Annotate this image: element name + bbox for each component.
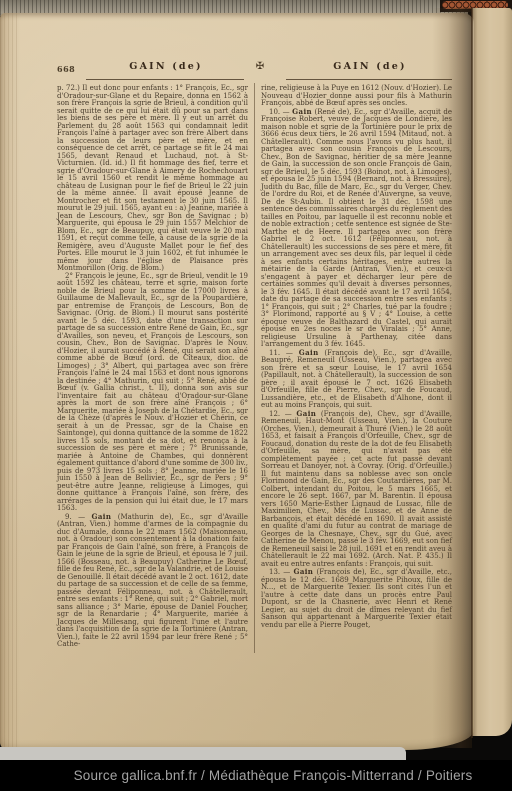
paragraph: rine, religieuse à la Puye en 1612 (Nouv…: [261, 85, 452, 108]
text-column-right: rine, religieuse à la Puye en 1612 (Nouv…: [261, 85, 452, 629]
paragraph: 11. — Gain (François de), Ec., sgr d'Ava…: [261, 349, 452, 410]
cross-ornament-icon: ✠: [253, 61, 267, 72]
paragraph: 10. — Gain (René de), Ec., sgr d'Availle…: [261, 108, 452, 349]
gutter-crease-line: [471, 8, 473, 738]
page-number: 668: [57, 64, 75, 74]
scanned-image-area[interactable]: 668 GAIN (de) ✠ GAIN (de) p. 72.) Il eut…: [0, 0, 512, 760]
gallica-screenshot: 668 GAIN (de) ✠ GAIN (de) p. 72.) Il eut…: [0, 0, 512, 791]
paragraph: 13. — Gain (François de), Ec., sgr d'Ava…: [261, 568, 452, 629]
facing-page-sliver: [472, 8, 512, 736]
scan-bed-strip: [0, 747, 406, 760]
running-title-left: GAIN (de): [88, 61, 244, 72]
paragraph: 2° François le jeune, Ec., sgr de Brieul…: [57, 273, 248, 513]
header-rule-right: [286, 79, 452, 80]
paragraph: p. 72.) Il eut donc pour enfants : 1° Fr…: [57, 85, 248, 273]
source-text: Source gallica.bnf.fr / Médiathèque Fran…: [74, 768, 473, 783]
running-title-right: GAIN (de): [288, 61, 452, 72]
column-divider: [254, 83, 255, 653]
text-column-left: p. 72.) Il eut donc pour enfants : 1° Fr…: [57, 85, 248, 649]
source-bar: Source gallica.bnf.fr / Médiathèque Fran…: [0, 760, 512, 791]
paragraph: 9. — Gain (Mathurin de), Ec., sgr d'Avai…: [57, 513, 248, 649]
header-rule-left: [86, 79, 244, 80]
paragraph: 12. — Gain (François de), Chev., sgr d'A…: [261, 410, 452, 569]
scanned-page: 668 GAIN (de) ✠ GAIN (de) p. 72.) Il eut…: [0, 13, 474, 750]
